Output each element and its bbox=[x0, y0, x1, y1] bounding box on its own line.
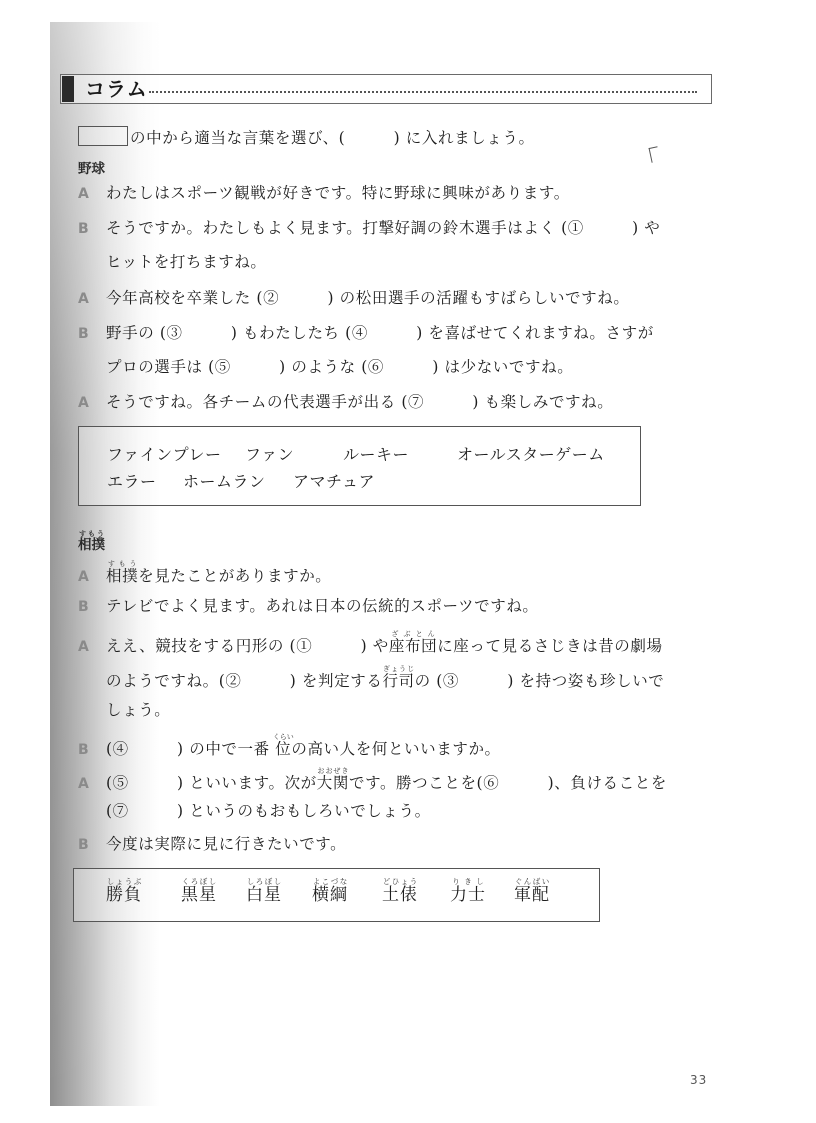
section-heading-sumo: 相撲すもう bbox=[78, 530, 105, 553]
dialogue-text: の (③ ) を持つ姿も珍しいで bbox=[415, 672, 665, 690]
dialogue-line: B今度は実際に見に行きたいです。 bbox=[78, 834, 346, 855]
dialogue-text: しょう。 bbox=[106, 701, 170, 719]
dialogue-line: (⑦ ) というのもおもしろいでしょう。 bbox=[106, 801, 431, 821]
dialogue-text: ええ、競技をする円形の (① ) や bbox=[106, 637, 389, 655]
word-text: 黒星 bbox=[181, 885, 217, 905]
speaker-label: A bbox=[78, 774, 106, 794]
word-ruby: くろぼし bbox=[181, 877, 217, 886]
instruction-line: の中から適当な言葉を選び、( ) に入れましょう。 bbox=[78, 126, 535, 148]
word-text: 力士 bbox=[450, 885, 486, 905]
word-choice: オールスターゲーム bbox=[457, 442, 605, 465]
dialogue-text: 今度は実際に見に行きたいです。 bbox=[106, 835, 346, 853]
word-ruby: どひょう bbox=[382, 877, 418, 886]
dialogue-line: B野手の (③ ) もわたしたち (④ ) を喜ばせてくれますね。さすが bbox=[78, 323, 654, 344]
dialogue-text: プロの選手は (⑤ ) のような (⑥ ) は少ないですね。 bbox=[106, 358, 573, 376]
word-ruby: りきし bbox=[450, 877, 486, 886]
speaker-label: B bbox=[78, 597, 106, 617]
dialogue-line: Bそうですか。わたしもよく見ます。打撃好調の鈴木選手はよく (① ) や bbox=[78, 218, 660, 239]
page-number: 33 bbox=[690, 1073, 707, 1087]
dialogue-text: テレビでよく見ます。あれは日本の伝統的スポーツですね。 bbox=[106, 597, 539, 615]
column-title: コラム bbox=[85, 76, 148, 102]
ruby-text: ぎょうじ bbox=[382, 665, 414, 673]
dialogue-text: 野手の (③ ) もわたしたち (④ ) を喜ばせてくれますね。さすが bbox=[106, 324, 654, 342]
dialogue-line: A(⑤ ) といいます。次が大関おおぜきです。勝つことを(⑥ )、負けることを bbox=[78, 767, 667, 794]
ruby-text: くらい bbox=[273, 733, 294, 741]
dialogue-text: (④ ) の中で一番 bbox=[106, 740, 275, 758]
ruby-text: ざぶとん bbox=[389, 630, 437, 638]
word-choice: 軍配ぐんばい bbox=[514, 877, 550, 905]
dialogue-line: Aそうですね。各チームの代表選手が出る (⑦ ) も楽しみですね。 bbox=[78, 392, 613, 413]
dialogue-line: A今年高校を卒業した (② ) の松田選手の活躍もすばらしいですね。 bbox=[78, 288, 629, 309]
sumo-word-box: 勝負しょうぶ 黒星くろぼし 白星しろぼし 横綱よこづな 土俵どひょう 力士りきし… bbox=[73, 868, 600, 922]
word-ruby: しょうぶ bbox=[106, 877, 142, 886]
word-text: 軍配 bbox=[514, 885, 550, 905]
ruby-base: 相撲 bbox=[106, 567, 138, 585]
dialogue-line: プロの選手は (⑤ ) のような (⑥ ) は少ないですね。 bbox=[106, 357, 573, 377]
ruby-text: おおぜき bbox=[317, 767, 349, 775]
dialogue-line: B(④ ) の中で一番 位くらいの高い人を何といいますか。 bbox=[78, 733, 501, 760]
word-choice: ホームラン bbox=[183, 469, 266, 492]
dialogue-text: そうですね。各チームの代表選手が出る (⑦ ) も楽しみですね。 bbox=[106, 393, 613, 411]
baseball-word-box: ファインプレー ファン ルーキー オールスターゲーム エラー ホームラン アマチ… bbox=[78, 426, 641, 506]
word-choice: 土俵どひょう bbox=[382, 877, 418, 905]
word-choice: アマチュア bbox=[293, 469, 375, 492]
word-choice: ファン bbox=[245, 442, 294, 465]
word-text: 勝負 bbox=[106, 885, 142, 905]
dialogue-text: に座って見るさじきは昔の劇場 bbox=[437, 637, 662, 655]
word-ruby: ぐんばい bbox=[514, 877, 550, 886]
dialogue-text: のようですね。(② ) を判定する bbox=[106, 672, 382, 690]
word-choice: 白星しろぼし bbox=[246, 877, 282, 905]
word-ruby: よこづな bbox=[312, 877, 348, 886]
speaker-label: A bbox=[78, 393, 106, 413]
word-choice: 横綱よこづな bbox=[312, 877, 348, 905]
section-heading-baseball: 野球 bbox=[78, 157, 105, 177]
dialogue-text: です。勝つことを(⑥ )、負けることを bbox=[349, 774, 667, 792]
word-text: 土俵 bbox=[382, 885, 418, 905]
dialogue-line: Aええ、競技をする円形の (① ) や座布団ざぶとんに座って見るさじきは昔の劇場 bbox=[78, 630, 663, 657]
dialogue-line: A相撲すもうを見たことがありますか。 bbox=[78, 560, 331, 587]
word-text: 横綱 bbox=[312, 885, 348, 905]
dialogue-text: (⑤ ) といいます。次が bbox=[106, 774, 317, 792]
dialogue-text: 今年高校を卒業した (② ) の松田選手の活躍もすばらしいですね。 bbox=[106, 289, 629, 307]
title-dotted-leader bbox=[149, 91, 697, 93]
word-choice: ファインプレー bbox=[107, 442, 222, 465]
word-choice: 勝負しょうぶ bbox=[106, 877, 142, 905]
word-choice: 黒星くろぼし bbox=[181, 877, 217, 905]
speaker-label: B bbox=[78, 835, 106, 855]
speaker-label: B bbox=[78, 740, 106, 760]
word-text: 白星 bbox=[246, 885, 282, 905]
column-title-box: コラム bbox=[60, 74, 712, 104]
dialogue-text: わたしはスポーツ観戦が好きです。特に野球に興味があります。 bbox=[106, 184, 570, 202]
ruby-base: 座布団 bbox=[389, 637, 437, 655]
dialogue-text: ヒットを打ちますね。 bbox=[106, 253, 267, 271]
dialogue-line: のようですね。(② ) を判定する行司ぎょうじの (③ ) を持つ姿も珍しいで bbox=[106, 665, 664, 691]
ruby-text: すもう bbox=[106, 560, 138, 568]
dialogue-line: Aわたしはスポーツ観戦が好きです。特に野球に興味があります。 bbox=[78, 183, 570, 204]
dialogue-text: そうですか。わたしもよく見ます。打撃好調の鈴木選手はよく (① ) や bbox=[106, 219, 660, 237]
ruby-base: 大関 bbox=[317, 774, 349, 792]
dialogue-text: を見たことがありますか。 bbox=[138, 567, 331, 585]
dialogue-text: (⑦ ) というのもおもしろいでしょう。 bbox=[106, 802, 431, 820]
dialogue-text: の高い人を何といいますか。 bbox=[291, 740, 500, 758]
instruction-text: の中から適当な言葉を選び、( ) に入れましょう。 bbox=[130, 129, 535, 147]
speaker-label: B bbox=[78, 219, 106, 239]
heading-ruby: すもう bbox=[78, 530, 105, 538]
dialogue-line: ヒットを打ちますね。 bbox=[106, 252, 267, 272]
dialogue-line: Bテレビでよく見ます。あれは日本の伝統的スポーツですね。 bbox=[78, 596, 539, 617]
speaker-label: B bbox=[78, 324, 106, 344]
speaker-label: A bbox=[78, 289, 106, 309]
dialogue-line: しょう。 bbox=[106, 700, 170, 720]
title-accent-bar bbox=[62, 76, 74, 102]
word-choice: ルーキー bbox=[343, 442, 409, 465]
instruction-blank-box-icon bbox=[78, 126, 128, 146]
heading-text: 相撲 bbox=[78, 537, 105, 553]
word-choice: 力士りきし bbox=[450, 877, 486, 905]
ruby-base: 行司 bbox=[382, 672, 414, 690]
word-ruby: しろぼし bbox=[246, 877, 282, 886]
speaker-label: A bbox=[78, 567, 106, 587]
speaker-label: A bbox=[78, 637, 106, 657]
speaker-label: A bbox=[78, 184, 106, 204]
word-choice: エラー bbox=[107, 469, 157, 492]
